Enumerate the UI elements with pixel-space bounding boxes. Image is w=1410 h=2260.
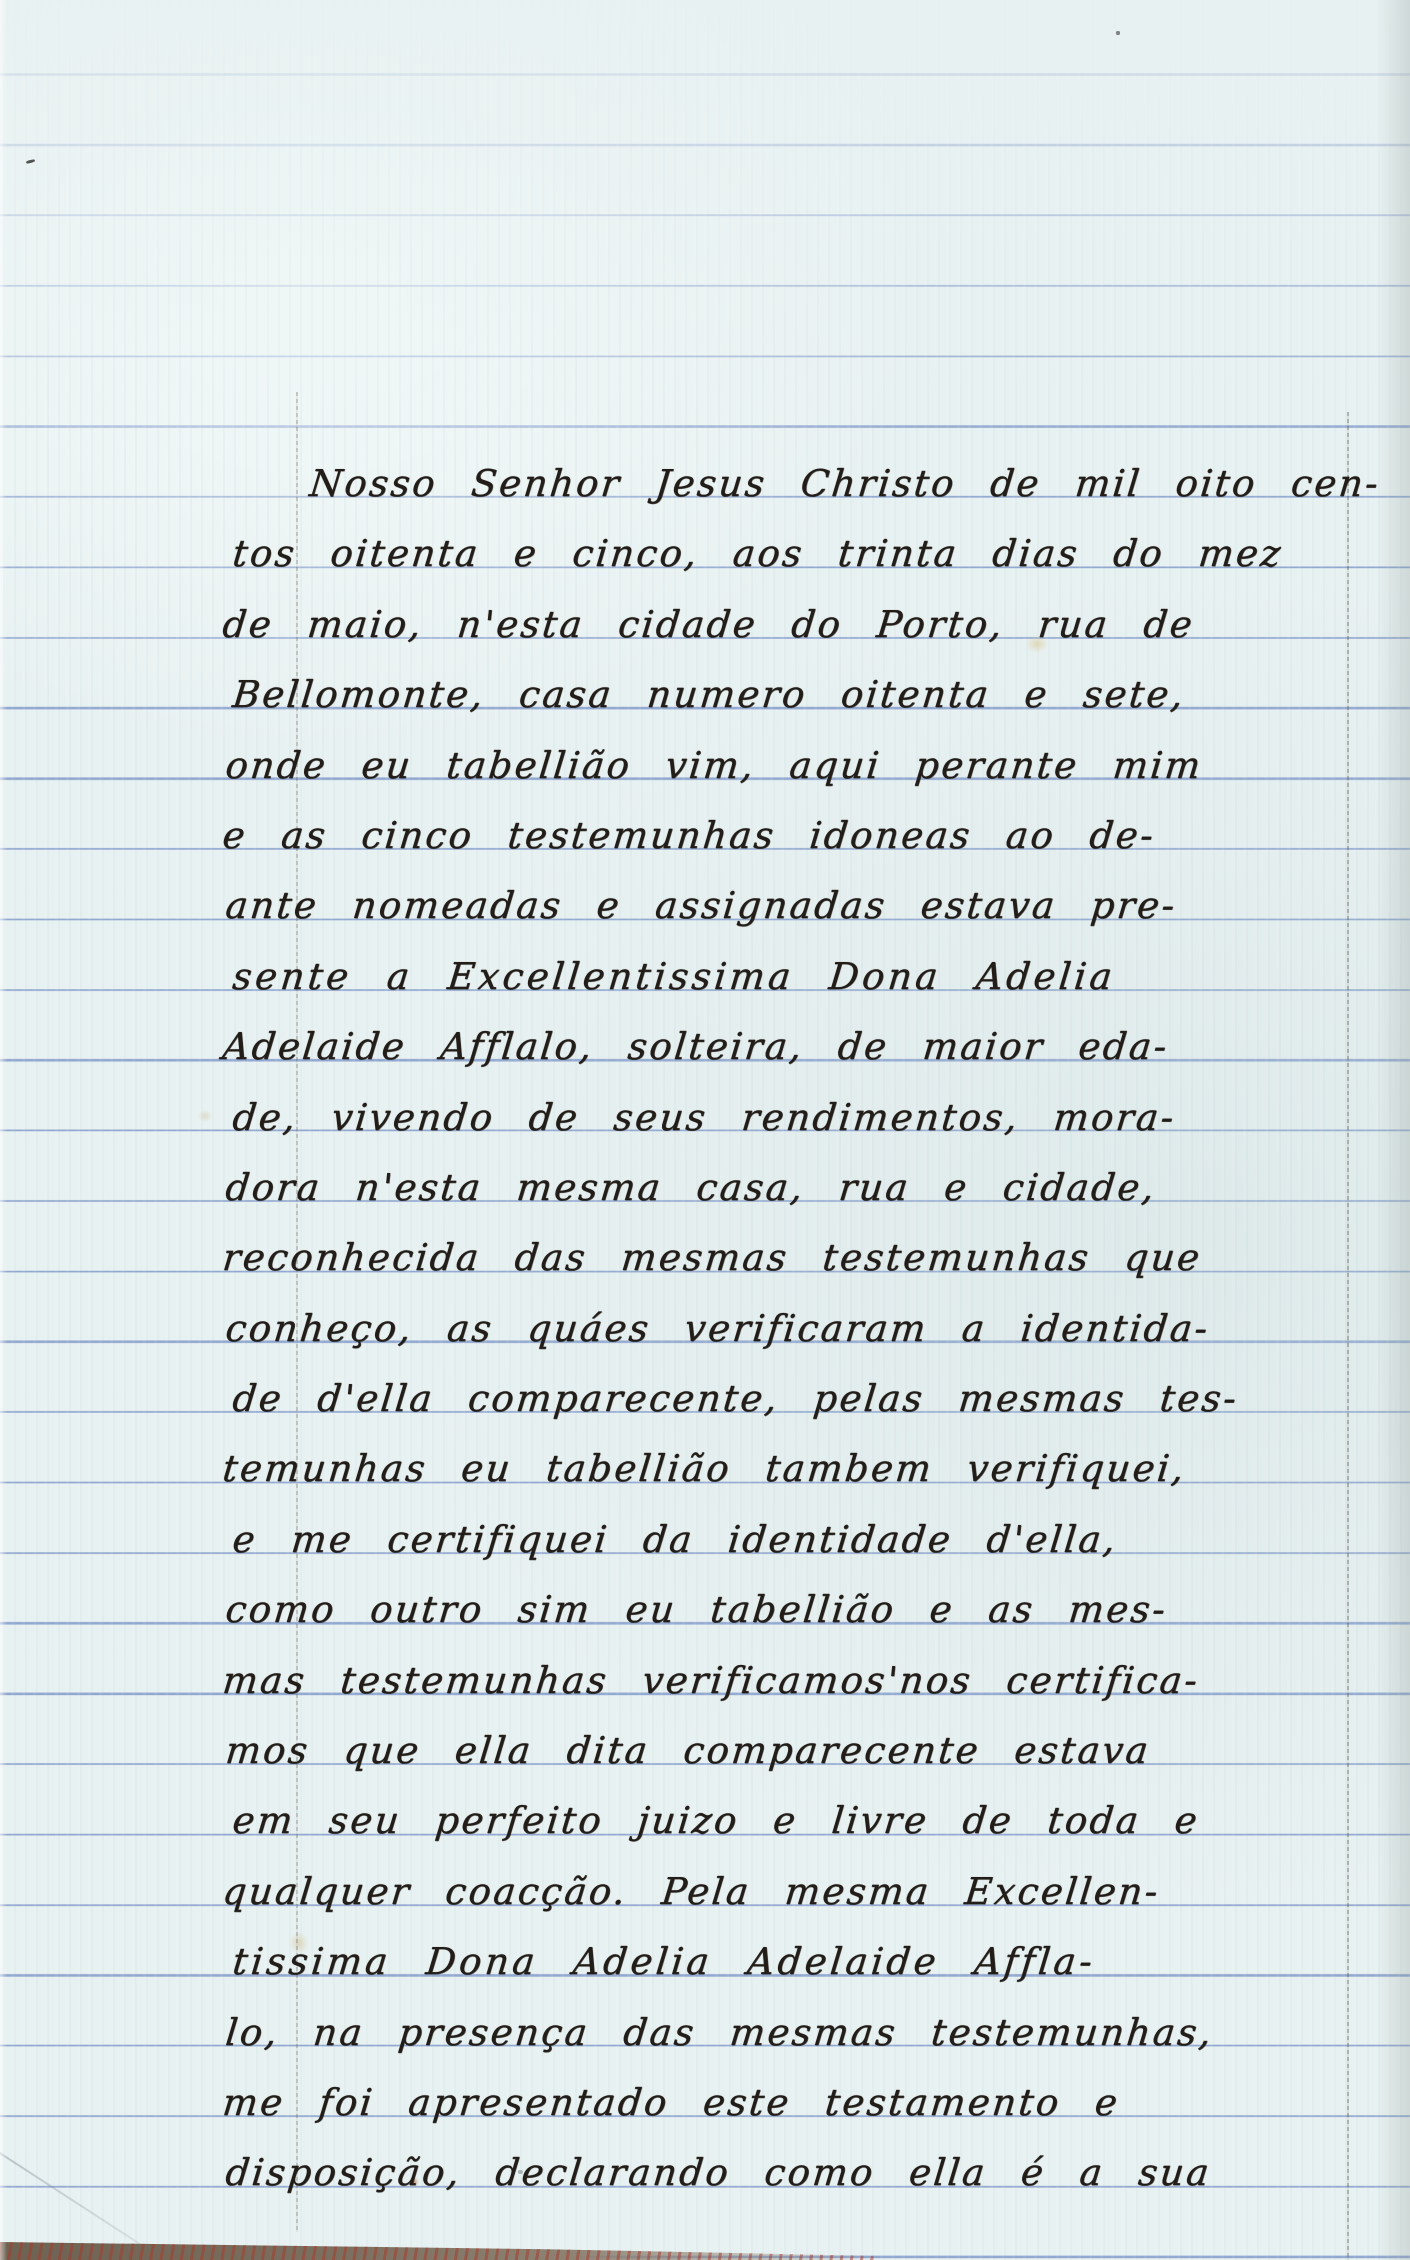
manuscript-page: Nosso Senhor Jesus Christo de mil oito c… — [0, 0, 1410, 2260]
manuscript-line: de d'ella comparecente, pelas mesmas tes… — [229, 1364, 1369, 1434]
page-edge-shadow-right — [1376, 0, 1410, 2260]
manuscript-line: conheço, as quáes verificaram a identida… — [222, 1294, 1369, 1364]
manuscript-line: ante nomeadas e assignadas estava pre- — [222, 871, 1369, 941]
manuscript-line: e me certifiquei da identidade d'ella, — [229, 1505, 1369, 1575]
manuscript-line: temunhas eu tabellião tambem verifiquei, — [219, 1434, 1369, 1504]
ink-speck — [1116, 31, 1120, 35]
manuscript-line: me foi apresentado este testamento e — [219, 2068, 1369, 2138]
manuscript-line: sente a Excellentissima Dona Adelia — [229, 942, 1369, 1012]
manuscript-line: e as cinco testemunhas idoneas ao de- — [219, 801, 1369, 871]
manuscript-line: em seu perfeito juizo e livre de toda e — [229, 1786, 1369, 1856]
paper-top-fade — [0, 0, 1410, 460]
manuscript-line: Bellomonte, casa numero oitenta e sete, — [229, 660, 1369, 730]
manuscript-line: dora n'esta mesma casa, rua e cidade, — [222, 1153, 1369, 1223]
manuscript-line: como outro sim eu tabellião e as mes- — [222, 1575, 1369, 1645]
manuscript-line: tissima Dona Adelia Adelaide Affla- — [229, 1927, 1369, 1997]
manuscript-line: lo, na presença das mesmas testemunhas, — [222, 1998, 1369, 2068]
manuscript-line: Nosso Senhor Jesus Christo de mil oito c… — [222, 449, 1369, 519]
paper-stain — [196, 1108, 214, 1124]
manuscript-line: de, vivendo de seus rendimentos, mora- — [229, 1083, 1369, 1153]
manuscript-line: tos oitenta e cinco, aos trinta dias do … — [229, 519, 1369, 589]
manuscript-line: mos que ella dita comparecente estava — [222, 1716, 1369, 1786]
manuscript-text: Nosso Senhor Jesus Christo de mil oito c… — [222, 449, 1362, 2209]
manuscript-line: reconhecida das mesmas testemunhas que — [219, 1223, 1369, 1293]
manuscript-line: disposição, declarando como ella é a sua — [222, 2138, 1369, 2208]
page-edge-highlight-left — [0, 0, 7, 2260]
manuscript-line: mas testemunhas verificamos'nos certific… — [219, 1646, 1369, 1716]
manuscript-line: onde eu tabellião vim, aqui perante mim — [222, 731, 1369, 801]
manuscript-line: Adelaide Afflalo, solteira, de maior eda… — [219, 1012, 1369, 1082]
manuscript-line: qualquer coacção. Pela mesma Excellen- — [219, 1857, 1369, 1927]
manuscript-line: de maio, n'esta cidade do Porto, rua de — [219, 590, 1369, 660]
